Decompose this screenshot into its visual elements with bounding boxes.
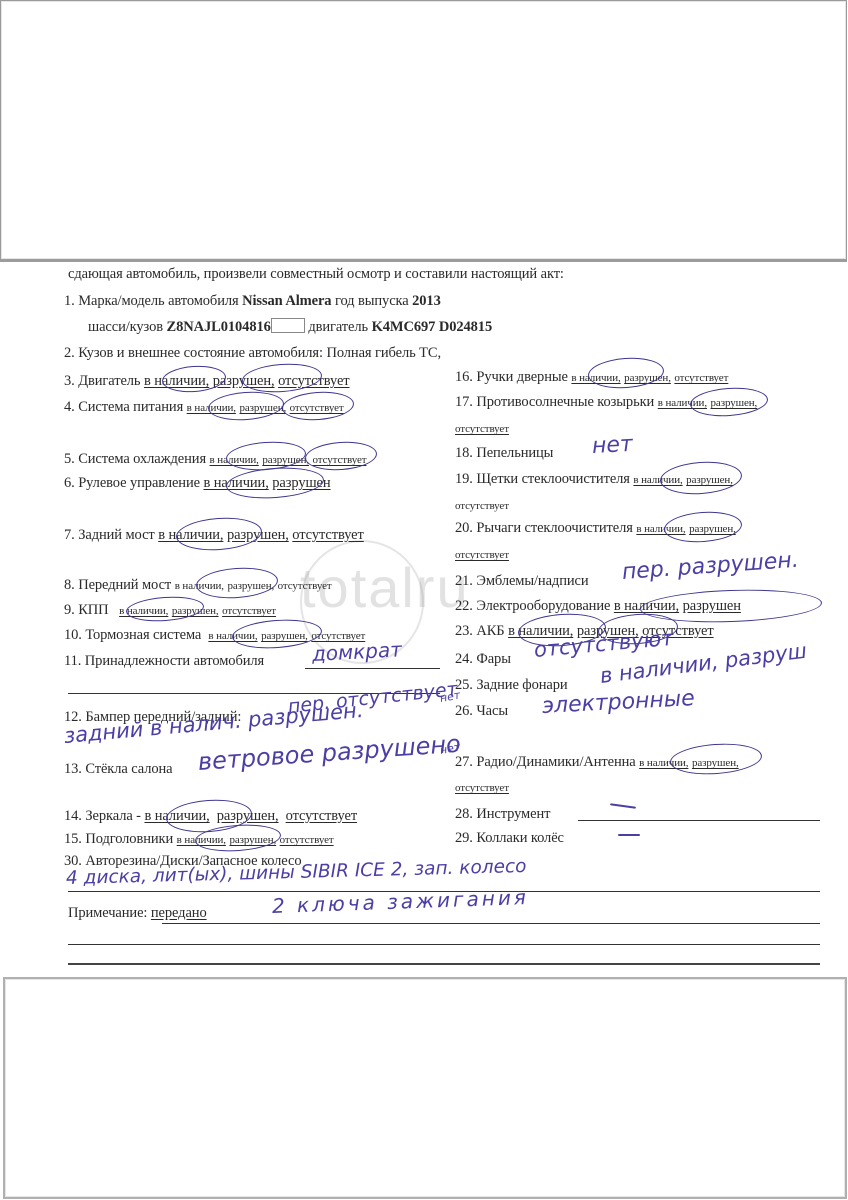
option-absent: отсутствует <box>292 527 363 543</box>
item-label: 10. Тормозная система <box>64 627 201 643</box>
chassis-number: Z8NAJL0104816 <box>167 319 271 335</box>
item-11: 11. Принадлежности автомобиля <box>64 652 264 670</box>
item-label: 7. Задний мост <box>64 527 155 543</box>
note-printed: передано <box>151 905 207 921</box>
item-17-absent: отсутствует <box>455 420 509 438</box>
handwritten-dash <box>618 834 640 836</box>
car-year: 2013 <box>412 293 441 309</box>
handwritten-emblems: пер. разрушен. <box>621 548 799 585</box>
selection-circle <box>659 459 743 497</box>
option-absent: отсутствует <box>280 834 334 846</box>
fill-line <box>68 944 820 945</box>
item-18: 18. Пепельницы <box>455 444 553 462</box>
item-label: 15. Подголовники <box>64 831 173 847</box>
item-label: 13. Стёкла салона <box>64 761 173 777</box>
car-model: Nissan Almera <box>242 293 331 309</box>
option-absent: отсутствует <box>278 580 332 592</box>
intro-text: сдающая автомобиль, произвели совместный… <box>68 265 564 283</box>
note-label: Примечание: <box>68 905 147 921</box>
item-label: 14. Зеркала - <box>64 808 141 824</box>
selection-circle <box>231 617 323 651</box>
item-label: 5. Система охлаждения <box>64 451 206 467</box>
fill-line <box>162 923 820 924</box>
handwritten-accessories: домкрат <box>311 637 402 666</box>
engine-number: K4MC697 D024815 <box>372 319 493 335</box>
item-label: 22. Электрооборудование <box>455 598 610 614</box>
item-label: 16. Ручки дверные <box>455 369 568 385</box>
selection-circle <box>225 465 325 502</box>
selection-circle <box>281 390 355 423</box>
item-label: 24. Фары <box>455 651 511 667</box>
item-21: 21. Эмблемы/надписи <box>455 572 589 590</box>
fill-line <box>305 668 440 669</box>
item-label: 4. Система питания <box>64 399 183 415</box>
engine-label: двигатель <box>308 319 368 335</box>
selection-circle <box>689 385 769 418</box>
item-label: 6. Рулевое управление <box>64 475 200 491</box>
year-label: год выпуска <box>335 293 409 309</box>
handwritten-ashtrays: нет <box>591 432 633 459</box>
item-20-absent: отсутствует <box>455 546 509 564</box>
item-1-chassis: шасси/кузов Z8NAJL0104816 двигатель K4MC… <box>88 318 492 336</box>
item-2: 2. Кузов и внешнее состояние автомобиля:… <box>64 344 441 362</box>
fill-line <box>578 820 820 821</box>
chassis-label: шасси/кузов <box>88 319 163 335</box>
item-29: 29. Коллаки колёс <box>455 829 564 847</box>
item-label: 8. Передний мост <box>64 577 171 593</box>
item-label: 26. Часы <box>455 703 508 719</box>
item-label: 11. Принадлежности автомобиля <box>64 653 264 669</box>
item-label: 29. Коллаки колёс <box>455 830 564 846</box>
selection-circle <box>207 389 285 422</box>
bottom-blank-frame <box>3 977 847 1199</box>
selection-circle <box>175 515 263 553</box>
option-absent: отсутствует <box>674 372 728 384</box>
item-label: 20. Рычаги стеклоочистителя <box>455 520 633 536</box>
handwritten-glass: ветровое разрушено <box>197 730 462 776</box>
note-line: Примечание: передано <box>68 904 207 922</box>
handwritten-dash <box>610 803 636 809</box>
item-label: 25. Задние фонари <box>455 677 568 693</box>
item-label: 27. Радио/Динамики/Антенна <box>455 754 636 770</box>
item-26: 26. Часы <box>455 702 508 720</box>
option-absent: отсутствует <box>222 605 276 617</box>
item-label: 18. Пепельницы <box>455 445 553 461</box>
fill-line <box>68 963 820 965</box>
selection-circle <box>669 741 763 777</box>
item-24: 24. Фары <box>455 650 511 668</box>
item-13: 13. Стёкла салона <box>64 760 173 778</box>
item-label: 9. КПП <box>64 602 109 618</box>
item-28: 28. Инструмент <box>455 805 550 823</box>
item-label: 28. Инструмент <box>455 806 550 822</box>
item-19-absent: отсутствует <box>455 497 509 515</box>
selection-circle <box>195 565 279 601</box>
item-27-absent: отсутствует <box>455 779 509 797</box>
handwritten-note: 2 ключа зажигания <box>272 885 530 918</box>
item-label: 3. Двигатель <box>64 373 140 389</box>
item-label: 21. Эмблемы/надписи <box>455 573 589 589</box>
selection-circle <box>304 440 378 473</box>
item-label: 17. Противосолнечные козырьки <box>455 394 654 410</box>
item-1-model: 1. Марка/модель автомобиля Nissan Almera… <box>64 292 441 310</box>
item-1-label: 1. Марка/модель автомобиля <box>64 293 239 309</box>
selection-circle <box>663 509 743 544</box>
item-25: 25. Задние фонари <box>455 676 568 694</box>
redacted-box <box>271 318 305 333</box>
item-label: 19. Щетки стеклоочистителя <box>455 471 630 487</box>
item-label: 23. АКБ <box>455 623 505 639</box>
option-absent: отсутствует <box>286 808 357 824</box>
